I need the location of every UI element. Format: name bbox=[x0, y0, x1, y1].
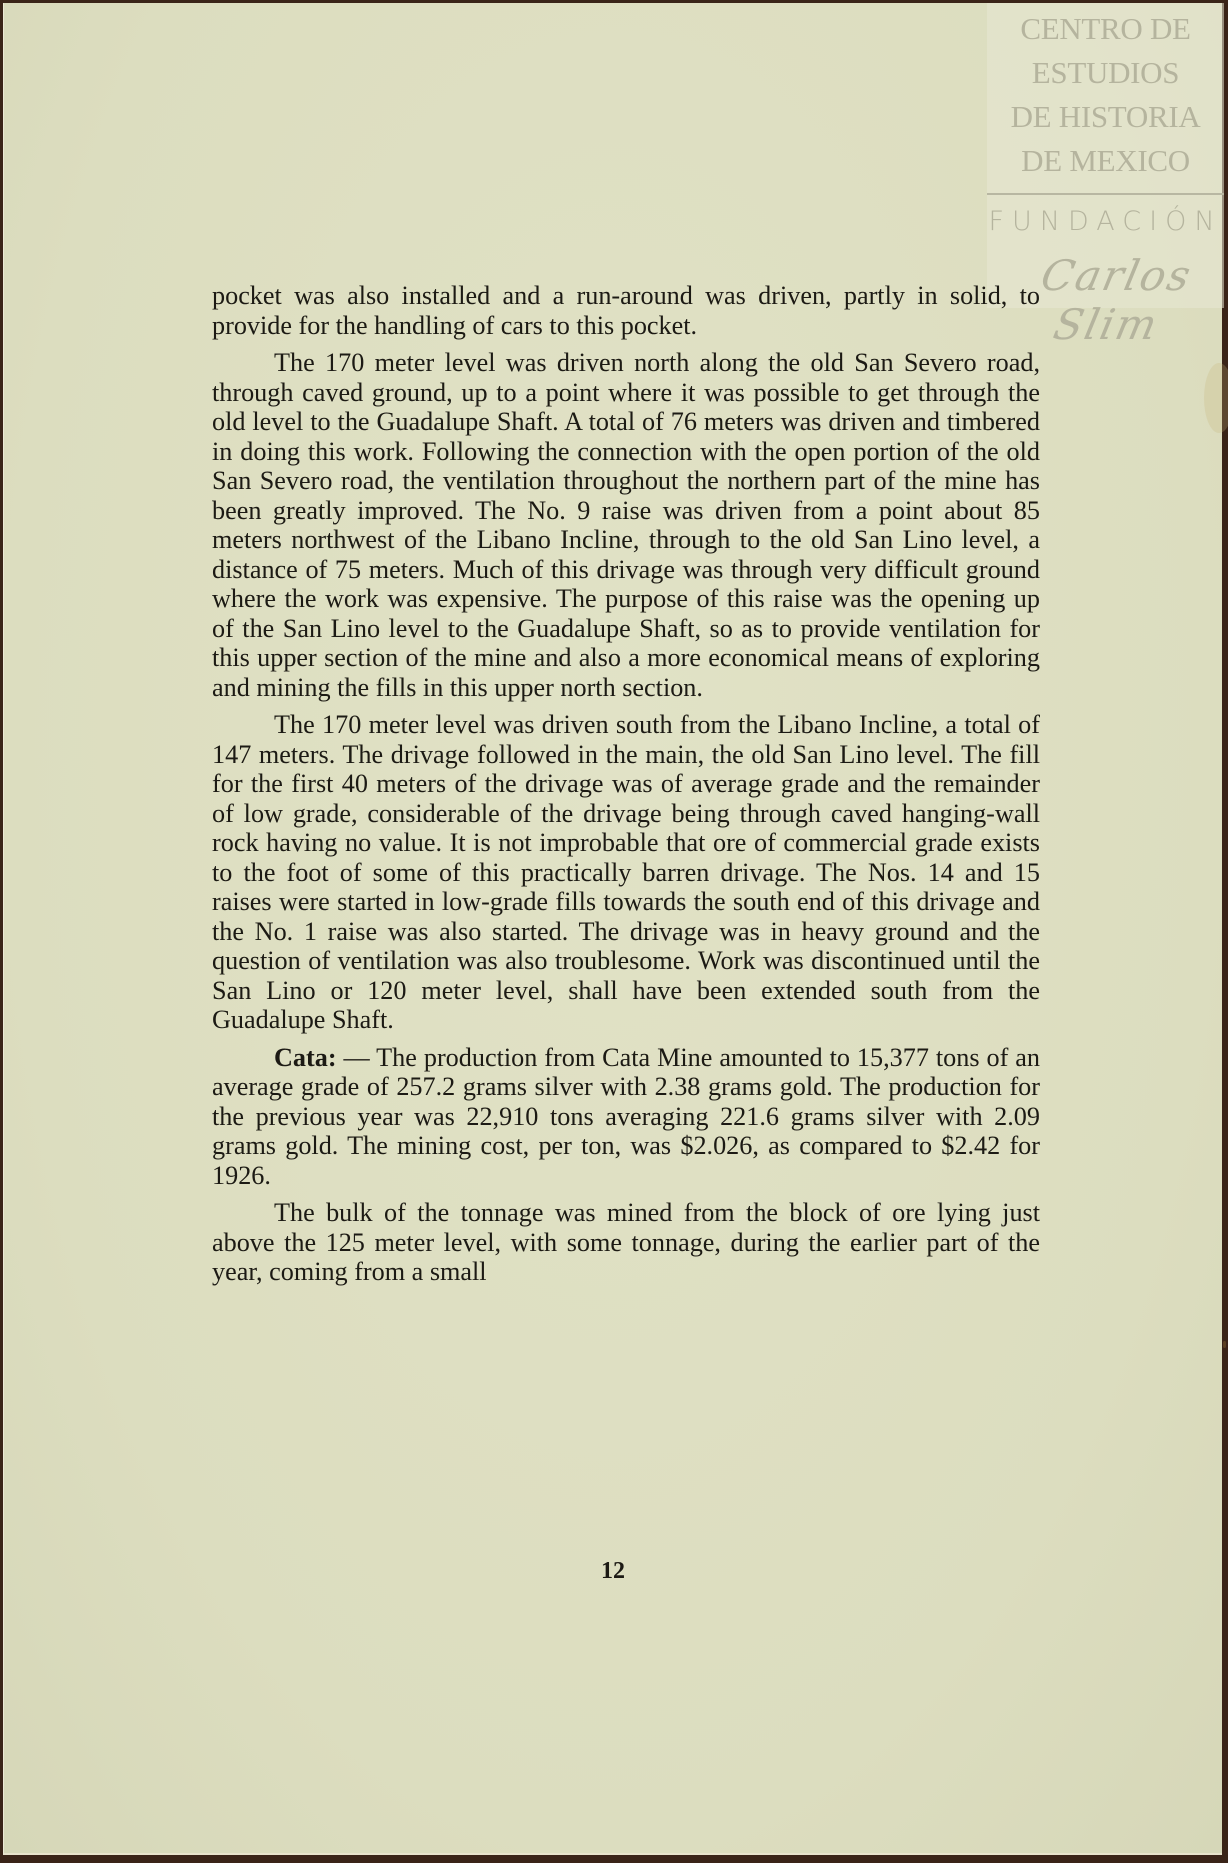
document-page: CENTRO DE ESTUDIOS DE HISTORIA DE MEXICO… bbox=[3, 3, 1222, 1855]
paper-speck bbox=[1223, 1341, 1226, 1348]
paragraph-tonnage: The bulk of the tonnage was mined from t… bbox=[212, 1198, 1040, 1287]
paragraph-south-level: The 170 meter level was driven south fro… bbox=[212, 710, 1040, 1035]
watermark-divider bbox=[987, 193, 1224, 195]
body-text: pocket was also installed and a run-arou… bbox=[212, 281, 1040, 1295]
watermark-panel: CENTRO DE ESTUDIOS DE HISTORIA DE MEXICO… bbox=[987, 3, 1224, 308]
paragraph-continuation: pocket was also installed and a run-arou… bbox=[212, 281, 1040, 340]
watermark-line: ESTUDIOS bbox=[987, 51, 1224, 95]
watermark-line: DE MEXICO bbox=[987, 139, 1224, 183]
page-number: 12 bbox=[4, 1558, 1222, 1585]
section-run-in-heading: Cata: bbox=[274, 1043, 337, 1072]
watermark-institution: CENTRO DE ESTUDIOS DE HISTORIA DE MEXICO bbox=[987, 3, 1224, 183]
paragraph-cata: Cata: — The production from Cata Mine am… bbox=[212, 1043, 1040, 1191]
watermark-foundation: FUNDACIÓN bbox=[987, 206, 1224, 237]
watermark-line: CENTRO DE bbox=[987, 7, 1224, 51]
paper-stain bbox=[1204, 363, 1228, 433]
watermark-line: DE HISTORIA bbox=[987, 95, 1224, 139]
paragraph-north-level: The 170 meter level was driven north alo… bbox=[212, 348, 1040, 702]
paragraph-cata-text: — The production from Cata Mine amounted… bbox=[212, 1043, 1040, 1190]
